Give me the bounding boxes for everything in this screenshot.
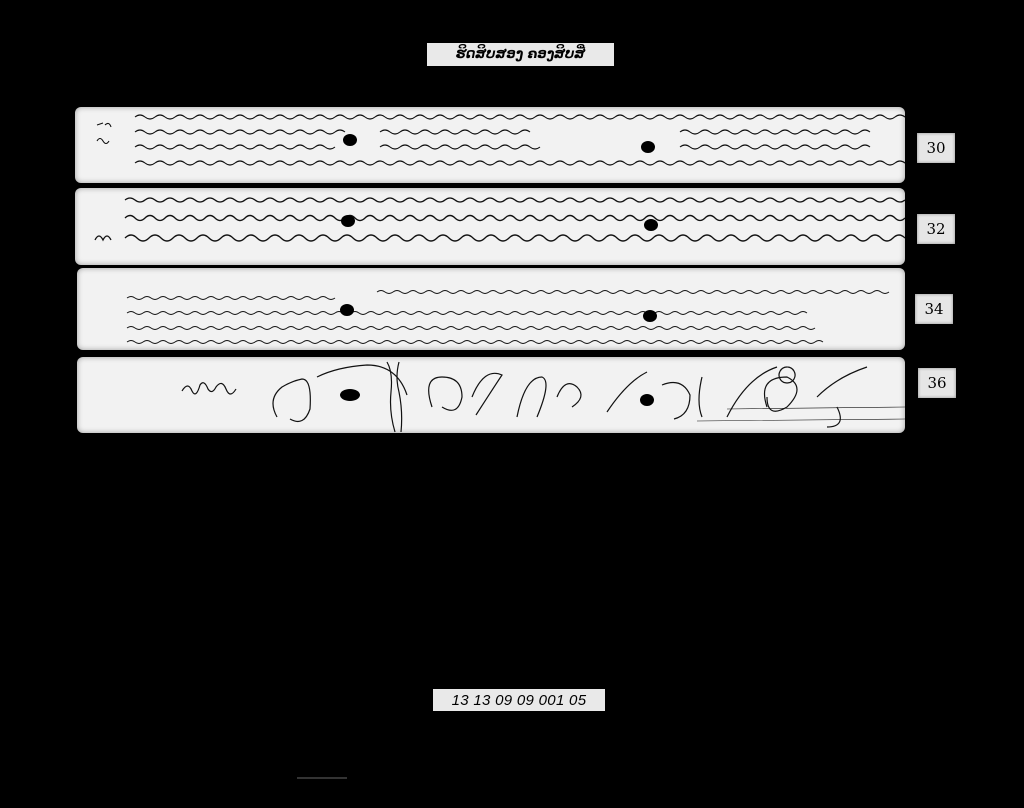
page-number-label: 32 bbox=[917, 214, 955, 244]
binding-hole bbox=[340, 304, 354, 316]
binding-hole bbox=[640, 394, 654, 406]
binding-hole bbox=[341, 215, 355, 227]
manuscript-title-label: ຮິດສິບສອງ ຄອງສິບສີ່ bbox=[427, 43, 614, 66]
archive-id-label: 13 13 09 09 001 05 bbox=[433, 689, 605, 711]
palm-leaf-1 bbox=[75, 107, 905, 183]
script-lines bbox=[75, 188, 905, 265]
binding-hole bbox=[641, 141, 655, 153]
palm-leaf-2 bbox=[75, 188, 905, 265]
binding-hole bbox=[643, 310, 657, 322]
binding-hole bbox=[644, 219, 658, 231]
binding-hole bbox=[343, 134, 357, 146]
page-number-label: 34 bbox=[915, 294, 953, 324]
cursive-drawing bbox=[77, 357, 905, 433]
scan-artifact bbox=[297, 777, 347, 779]
page-number-label: 30 bbox=[917, 133, 955, 163]
script-lines bbox=[75, 107, 905, 183]
page-number-label: 36 bbox=[918, 368, 956, 398]
binding-hole bbox=[340, 389, 360, 401]
palm-leaf-3 bbox=[77, 268, 905, 350]
script-lines bbox=[77, 268, 905, 350]
palm-leaf-4 bbox=[77, 357, 905, 433]
